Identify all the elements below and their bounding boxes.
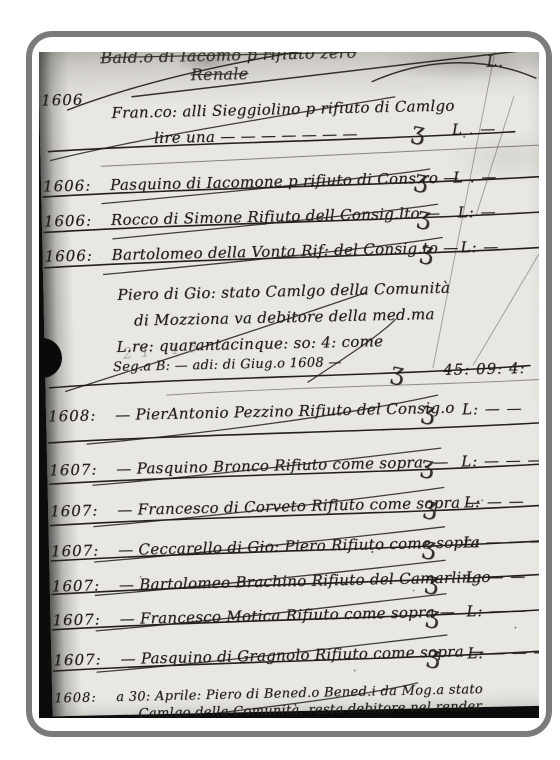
manuscript-page: 21 15 Bald.o di Iacomo p rifiuto zero Re… [39,52,539,716]
manuscript-viewer-frame: 21 15 Bald.o di Iacomo p rifiuto zero Re… [26,31,552,737]
entry-date: 1606: [44,246,106,265]
entry-amount: L: — — — [463,532,539,552]
entry-amount: L . — [452,120,497,139]
entry-amount: L: — — — [467,643,539,663]
entry-date: 1607: [50,501,112,520]
entry-amount: L: — — [462,399,523,418]
entry-amount: 45: 09: 4: [443,359,526,379]
entry-date: 1607: [53,650,115,669]
entry-amount: L . — [453,168,498,187]
entry-amount: L: — — [466,601,527,620]
scan-photo: 21 15 Bald.o di Iacomo p rifiuto zero Re… [39,52,539,718]
entry-date: 1606: [43,176,105,195]
entry-date: 1607: [49,460,111,479]
entry-date: 1608: [48,406,110,425]
entry-amount: L: — — — [461,451,539,471]
entry-date: 1606: [44,211,106,230]
entry-date: 1606 [41,90,103,109]
entry-date: 1608: [54,690,116,706]
entry-amount: L: — — [464,492,525,511]
entry-text: Renale [190,64,248,84]
entry-amount: L: — [460,238,499,257]
entry-amount: L. [486,52,504,71]
entry-amount: L: — — [465,567,526,586]
entry-date: 1607: [52,576,114,595]
entry-amount: L: — [458,203,497,222]
entry-date: 1607: [51,541,113,560]
entry-date: 1607: [52,610,114,629]
